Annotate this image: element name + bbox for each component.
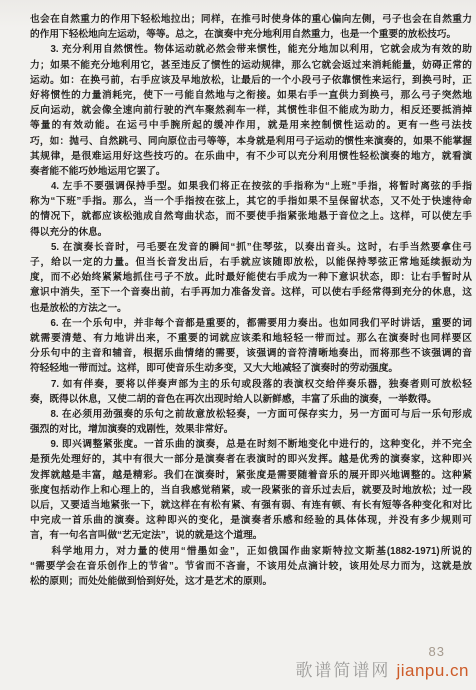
watermark: 歌谱简谱网jianpu.cn xyxy=(295,656,469,681)
text-line: 科学地用力，对力量的使用“惜墨如金”，正如俄国作曲家斯特拉文斯基(1882-19… xyxy=(30,544,472,559)
text-line: 巧，如：抛弓、自然跳弓、同向原位击弓等等，本身就是利用弓子运动的惯性来演奏的，如… xyxy=(30,134,472,149)
text-line: “需要学会在音乐创作上的节省”。节省而不吝啬，不该用处点滴计较，该用处尽力而为，… xyxy=(30,559,472,574)
text-line: 等量的有效动能。在运弓中手腕所起的缓冲作用，就是用来控制惯性运动的。更有一些弓法… xyxy=(30,118,472,133)
text-line: 意识中消失，至下一个音奏出前，右手再加力准备发音。这样，可以使右手经常得到充分的… xyxy=(30,285,472,300)
text-line: 以后，又要适当地紧张一下，就这样在有松有紧、有强有弱、有连有顿、有长有短等各种变… xyxy=(30,498,472,513)
text-line: 7. 如有伴奏，要将以伴奏声部为主的乐句或段落的表演权交给伴奏乐器，独奏者则可放… xyxy=(30,377,472,392)
text-line: 4. 左手不要强调保持手型。如果我们将正在按弦的手指称为“上班”手指，将暂时离弦… xyxy=(30,179,472,194)
text-line: 得以充分的休息。 xyxy=(30,225,472,240)
text-line: 强烈的对比，增加演奏的戏剧性，效果非常好。 xyxy=(30,422,472,437)
text-line: 松的原则；而处处能做到恰到好处，这才是艺术的原则。 xyxy=(30,574,472,589)
text-line: 奏者能不能巧妙地运用它罢了。 xyxy=(30,164,472,179)
page-body-text: 也会在自然重力的作用下轻松地拉出；同样，在推弓时使身体的重心偏向左侧，弓子也会在… xyxy=(30,12,472,589)
text-line: 符轻轻地一带而过。这样，即可使音乐生动多变，又大大地减轻了演奏时的劳动强度。 xyxy=(30,361,472,376)
text-line: 好将惯性的力量消耗完，使下一弓能自然地与之衔接。如果右手一直供力到换弓，那么弓子… xyxy=(30,88,472,103)
text-line: 奏，既得以休息，又使二胡的音色在再次出现时给人以新鲜感，丰富了乐曲的演奏，一举数… xyxy=(30,392,472,407)
text-line: 张度包括动作上和心理上的，当自我感觉稍紧，或一段紧张的音乐过去后，就要及时地放松… xyxy=(30,483,472,498)
scanned-book-page: 也会在自然重力的作用下轻松地拉出；同样，在推弓时使身体的重心偏向左侧，弓子也会在… xyxy=(0,0,476,690)
text-line: 力；如果不能充分地利用它，甚至违反了惯性的运动规律，那么它就会返过来消耗能量，妨… xyxy=(30,58,472,73)
text-line: 的作用下轻松地向左运动，等等。总之，在演奏中充分地利用自然重力，也是一个重要的放… xyxy=(30,27,472,42)
text-line: 子，给以一定的力量。但当长音发出后，右手就应该随即放松，以能保持琴弦正常地延续振… xyxy=(30,255,472,270)
text-line: 反向运动，就会像全速向前行驶的汽车聚然刹车一样，其惯性非但不能成为助力，相反还要… xyxy=(30,103,472,118)
text-line: 8. 在必须用劲强奏的乐句之前故意放松轻奏，一方面可保存实力，另一方面可与后一乐… xyxy=(30,407,472,422)
text-line: 发挥就越是丰富，越是精彩。我们在演奏时，紧张度是需要随着音乐的展开即兴地调整的。… xyxy=(30,468,472,483)
watermark-site-name: 歌谱简谱网 xyxy=(295,661,390,680)
text-line: 分乐句中的主音和辅音，根据乐曲情绪的需要，该强调的音符清晰地奏出，而将那些不该强… xyxy=(30,346,472,361)
text-line: 运动。如：在换弓前，右手应该及早地放松，让最后的一个小段弓子依靠惯性来运行，到换… xyxy=(30,73,472,88)
text-line: 言，有一句名言叫做“艺无定法”，说的就是这个道理。 xyxy=(30,528,472,543)
watermark-site-url: jianpu.cn xyxy=(396,661,469,680)
text-line: 3. 充分利用自然惯性。物体运动就必然会带来惯性，能充分地加以利用，它就会成为有… xyxy=(30,42,472,57)
text-line: 也是放松的方法之一。 xyxy=(30,301,472,316)
text-line: 的情况下，就都应该松弛成自然弯曲状态，而不要使手指紧张地悬于音位之上。这样，可以… xyxy=(30,209,472,224)
text-line: 度，而不必始终紧紧地抓住弓子不放。此时最好能使右手成为一种下意识状态，即：让右手… xyxy=(30,270,472,285)
text-line: 6. 在一个乐句中，并非每个音都是重要的，都需要用力奏出。也如同我们平时讲话，重… xyxy=(30,316,472,331)
text-line: 其规律，是很难运用好这些技巧的。在乐曲中，有不少可以充分利用惯性轻松演奏的地方，… xyxy=(30,149,472,164)
text-line: 是预先处理好的，其中有很大一部分是演奏者在表演时的即兴发挥。越是优秀的演奏家，这… xyxy=(30,452,472,467)
text-line: 9. 即兴调整紧张度。一首乐曲的演奏，总是在时刻不断地变化中进行的，这种变化，并… xyxy=(30,437,472,452)
text-line: 也会在自然重力的作用下轻松地拉出；同样，在推弓时使身体的重心偏向左侧，弓子也会在… xyxy=(30,12,472,27)
text-line: 称为“下班”手指。那么，当一个手指按在弦上，其它的手指如果不呈保留状态，又不处于… xyxy=(30,194,472,209)
text-line: 中完成一首乐曲的演奏。这种即兴的变化，是演奏者乐感和经验的具体体现，并没有多少规… xyxy=(30,513,472,528)
text-line: 5. 在演奏长音时，弓毛要在发音的瞬间“抓”住琴弦，以奏出音头。这时，右手当然要… xyxy=(30,240,472,255)
text-line: 就需要清楚、有力地讲出来，不重要的词就应该柔和地轻轻一带而过。那么在演奏时也同样… xyxy=(30,331,472,346)
